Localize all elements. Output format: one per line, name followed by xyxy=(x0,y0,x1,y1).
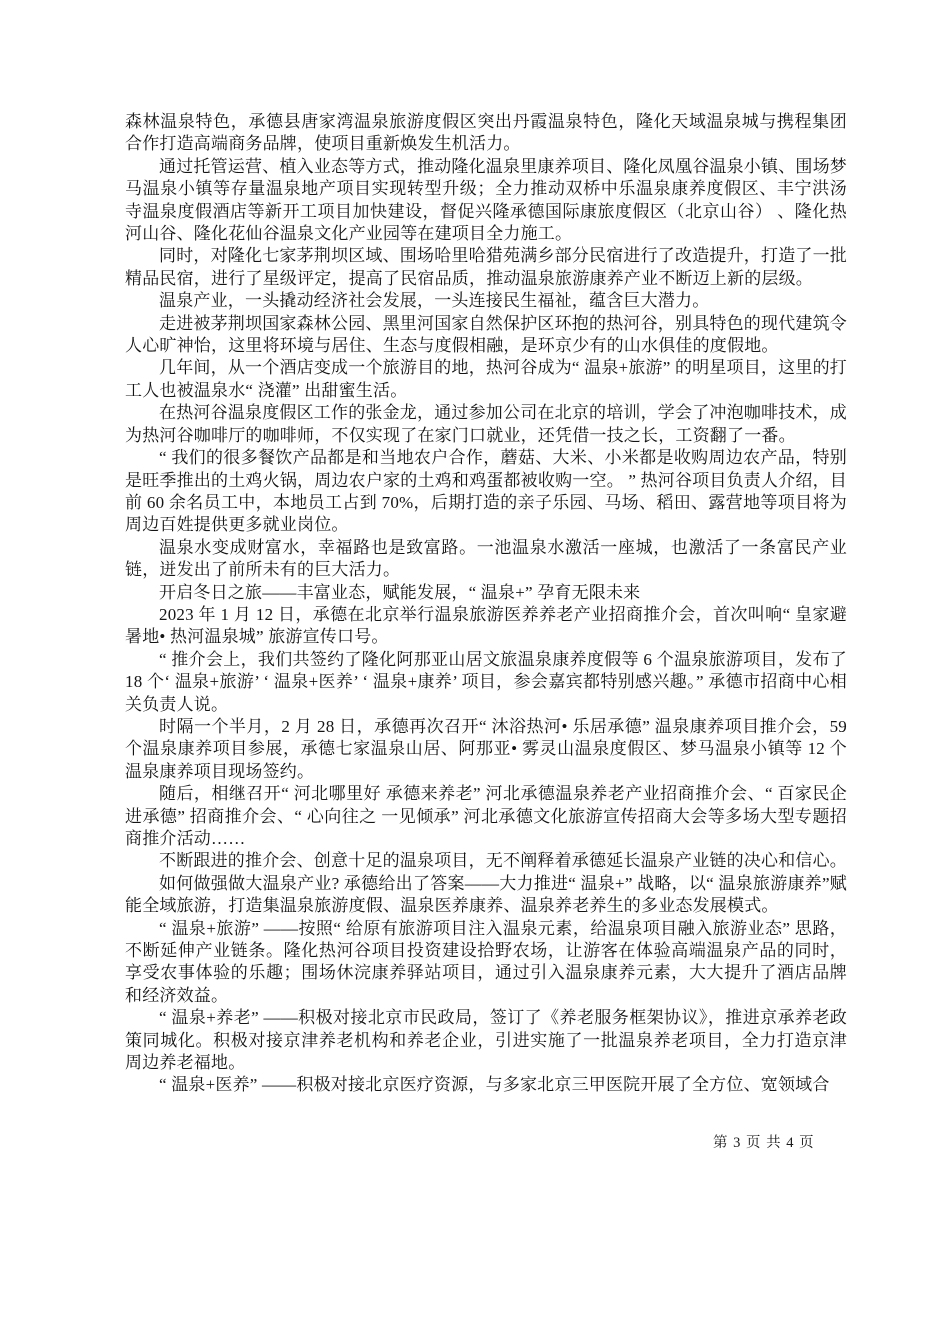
paragraph: 同时，对隆化七家茅荆坝区域、围场哈里哈猎苑满乡部分民宿进行了改造提升，打造了一批… xyxy=(125,245,847,290)
paragraph: 时隔一个半月，2 月 28 日，承德再次召开“ 沐浴热河• 乐居承德” 温泉康养… xyxy=(125,716,847,783)
document-page: 森林温泉特色，承德县唐家湾温泉旅游度假区突出丹霞温泉特色，隆化天域温泉城与携程集… xyxy=(0,0,950,1344)
paragraph: 不断跟进的推介会、创意十足的温泉项目，无不阐释着承德延长温泉产业链的决心和信心。 xyxy=(125,850,847,872)
paragraph: 森林温泉特色，承德县唐家湾温泉旅游度假区突出丹霞温泉特色，隆化天域温泉城与携程集… xyxy=(125,111,847,156)
paragraph: “ 温泉+养老” ——积极对接北京市民政局，签订了《养老服务框架协议》，推进京承… xyxy=(125,1007,847,1074)
paragraph: 如何做强做大温泉产业? 承德给出了答案——大力推进“ 温泉+” 战略，以“ 温泉… xyxy=(125,873,847,918)
paragraph: 开启冬日之旅——丰富业态，赋能发展，“ 温泉+” 孕育无限未来 xyxy=(125,582,847,604)
page-footer: 第 3 页 共 4 页 xyxy=(713,1131,815,1152)
paragraph: 2023 年 1 月 12 日，承德在北京举行温泉旅游医养养老产业招商推介会，首… xyxy=(125,604,847,649)
paragraph: “ 温泉+医养” ——积极对接北京医疗资源，与多家北京三甲医院开展了全方位、宽领… xyxy=(125,1074,847,1096)
paragraph: “ 温泉+旅游” ——按照“ 给原有旅游项目注入温泉元素，给温泉项目融入旅游业态… xyxy=(125,918,847,1008)
paragraph: 走进被茅荆坝国家森林公园、黑里河国家自然保护区环抱的热河谷，别具特色的现代建筑令… xyxy=(125,313,847,358)
paragraph: 随后，相继召开“ 河北哪里好 承德来养老” 河北承德温泉养老产业招商推介会、“ … xyxy=(125,783,847,850)
document-body: 森林温泉特色，承德县唐家湾温泉旅游度假区突出丹霞温泉特色，隆化天域温泉城与携程集… xyxy=(125,111,847,1097)
paragraph: 几年间，从一个酒店变成一个旅游目的地，热河谷成为“ 温泉+旅游” 的明星项目，这… xyxy=(125,357,847,402)
paragraph: 通过托管运营、植入业态等方式，推动隆化温泉里康养项目、隆化凤凰谷温泉小镇、围场梦… xyxy=(125,156,847,246)
paragraph: “ 推介会上，我们共签约了隆化阿那亚山居文旅温泉康养度假等 6 个温泉旅游项目，… xyxy=(125,649,847,716)
paragraph: 温泉水变成财富水，幸福路也是致富路。一池温泉水激活一座城，也激活了一条富民产业链… xyxy=(125,537,847,582)
page-number-text: 第 3 页 共 4 页 xyxy=(713,1135,815,1151)
paragraph: 在热河谷温泉度假区工作的张金龙，通过参加公司在北京的培训，学会了冲泡咖啡技术，成… xyxy=(125,402,847,447)
paragraph: 温泉产业，一头撬动经济社会发展，一头连接民生福祉，蕴含巨大潜力。 xyxy=(125,290,847,312)
paragraph: “ 我们的很多餐饮产品都是和当地农户合作，蘑菇、大米、小米都是收购周边农产品，特… xyxy=(125,447,847,537)
